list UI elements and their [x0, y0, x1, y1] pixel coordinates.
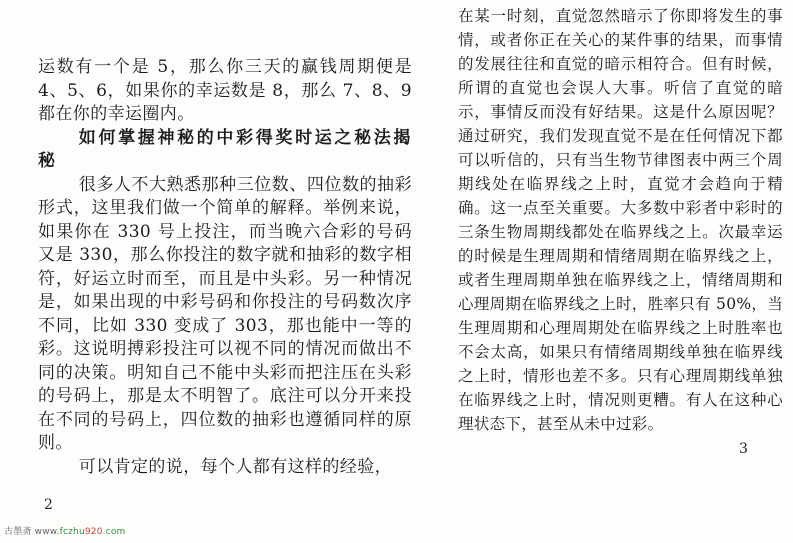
watermark-url-www: www.: [35, 527, 60, 537]
right-page-text-column: 在某一时刻，直觉忽然暗示了你即将发生的事情，或者你正在关心的某件事的结果，而事情…: [458, 4, 783, 436]
paragraph: 很多人不大熟悉那种三位数、四位数的抽彩形式，这里我们做一个简单的解释。举例来说，…: [38, 174, 412, 456]
watermark-studio-name: 古墨斋: [4, 527, 35, 537]
paragraph: 可以肯定的说，每个人都有这样的经验，: [38, 456, 412, 480]
scanned-book-spread: 运数有一个是 5，那么你三天的赢钱周期便是 4、5、6，如果你的幸运数是 8，那…: [0, 0, 793, 543]
left-page-text-column: 运数有一个是 5，那么你三天的赢钱周期便是 4、5、6，如果你的幸运数是 8，那…: [38, 56, 412, 479]
page-number-left: 2: [44, 497, 53, 513]
watermark: 古墨斋 www.fczhu920.com: [4, 524, 126, 537]
watermark-url-number: 920: [85, 527, 103, 537]
section-heading: 如何掌握神秘的中彩得奖时运之秘法揭秘: [38, 127, 412, 174]
watermark-url-tld: .com: [103, 527, 126, 537]
paragraph-continuation: 在某一时刻，直觉忽然暗示了你即将发生的事情，或者你正在关心的某件事的结果，而事情…: [458, 4, 783, 436]
page-number-right: 3: [739, 441, 748, 457]
paragraph-continuation: 运数有一个是 5，那么你三天的赢钱周期便是 4、5、6，如果你的幸运数是 8，那…: [38, 56, 412, 127]
watermark-url-name: fczhu: [60, 527, 85, 537]
